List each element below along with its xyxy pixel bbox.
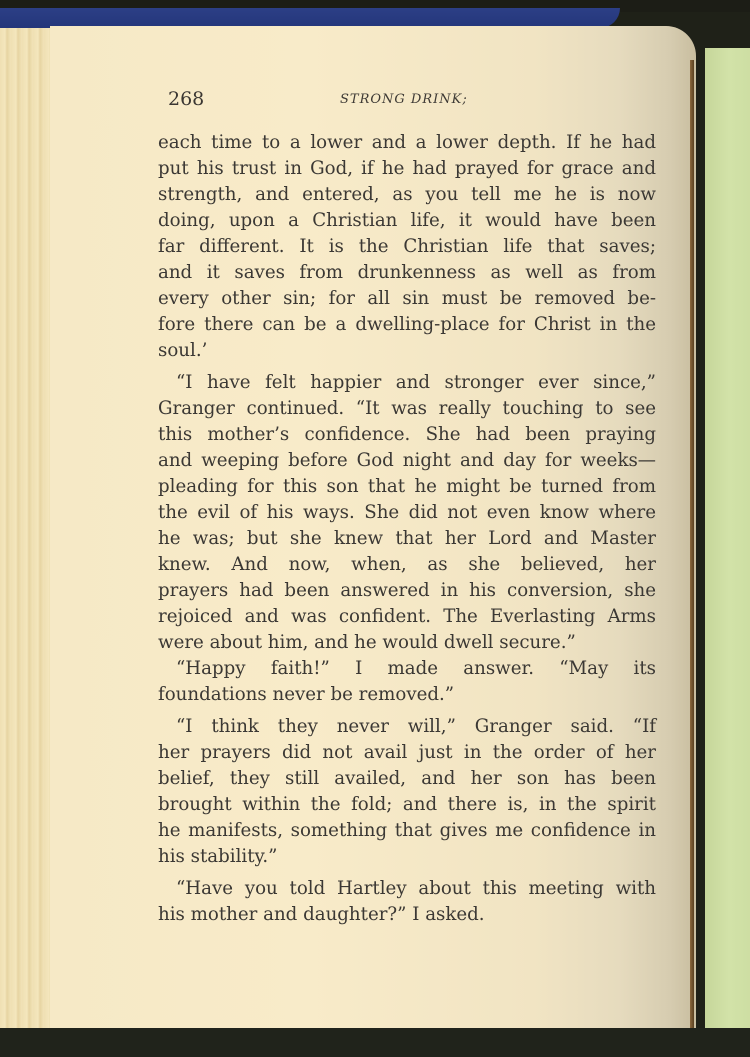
text-line: and weeping before God night and day for… — [158, 448, 656, 474]
text-line: this mother’s confidence. She had been p… — [158, 422, 656, 448]
text-line: every other sin; for all sin must be rem… — [158, 286, 656, 312]
running-head: STRONG DRINK; — [340, 92, 468, 107]
text-line: foundations never be removed.” — [158, 682, 656, 708]
text-line: “I think they never will,” Granger said.… — [158, 714, 656, 740]
book-cover-edge — [0, 8, 620, 28]
text-line: he manifests, something that gives me co… — [158, 818, 656, 844]
paragraph: “Have you told Hartley about this meetin… — [158, 876, 656, 928]
text-line: brought within the fold; and there is, i… — [158, 792, 656, 818]
text-line: pleading for this son that he might be t… — [158, 474, 656, 500]
paragraph: “I have felt happier and stronger ever s… — [158, 370, 656, 656]
text-line: Granger continued. “It was really touchi… — [158, 396, 656, 422]
text-line: were about him, and he would dwell secur… — [158, 630, 656, 656]
page-header: 268 STRONG DRINK; — [168, 88, 648, 118]
text-line: doing, upon a Christian life, it would h… — [158, 208, 656, 234]
text-line: belief, they still availed, and her son … — [158, 766, 656, 792]
text-line: his mother and daughter?” I asked. — [158, 902, 656, 928]
text-line: put his trust in God, if he had prayed f… — [158, 156, 656, 182]
text-line: fore there can be a dwelling-place for C… — [158, 312, 656, 338]
text-line: his stability.” — [158, 844, 656, 870]
text-line: “Have you told Hartley about this meetin… — [158, 876, 656, 902]
background-bottom — [0, 1028, 750, 1057]
page-stack-edges — [0, 28, 56, 1028]
facing-page — [705, 48, 750, 1038]
text-line: knew. And now, when, as she believed, he… — [158, 552, 656, 578]
text-line: “Happy faith!” I made answer. “May its — [158, 656, 656, 682]
paragraph: each time to a lower and a lower depth. … — [158, 130, 656, 364]
text-line: her prayers did not avail just in the or… — [158, 740, 656, 766]
text-line: each time to a lower and a lower depth. … — [158, 130, 656, 156]
body-text: each time to a lower and a lower depth. … — [158, 130, 656, 928]
text-line: “I have felt happier and stronger ever s… — [158, 370, 656, 396]
text-line: strength, and entered, as you tell me he… — [158, 182, 656, 208]
paragraph: “I think they never will,” Granger said.… — [158, 714, 656, 870]
paragraph: “Happy faith!” I made answer. “May its f… — [158, 656, 656, 708]
text-line: the evil of his ways. She did not even k… — [158, 500, 656, 526]
text-line: soul.’ — [158, 338, 656, 364]
binding-gutter — [690, 60, 694, 1040]
text-line: prayers had been answered in his convers… — [158, 578, 656, 604]
text-line: he was; but she knew that her Lord and M… — [158, 526, 656, 552]
text-line: rejoiced and was confident. The Everlast… — [158, 604, 656, 630]
page-number: 268 — [168, 88, 204, 110]
text-line: far different. It is the Christian life … — [158, 234, 656, 260]
text-line: and it saves from drunkenness as well as… — [158, 260, 656, 286]
